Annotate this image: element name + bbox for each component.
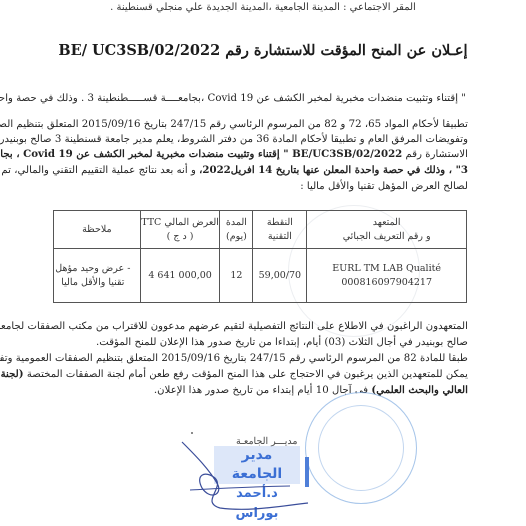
- para3-line-2: يمكن للمتعهدين الذين يرغبون في الاحتجاج …: [55, 368, 468, 381]
- intro-line-1: تطبيقا لأحكام المواد 65، 72 و 82 من المر…: [55, 118, 468, 131]
- cell-score: 59,00/70: [253, 249, 307, 303]
- para3-line-2-text: يمكن للمتعهدين الذين يرغبون في الاحتجاج …: [24, 369, 468, 380]
- cell-bidder: EURL TM LAB Qualité000816097904217: [307, 249, 467, 303]
- header-offer-line2: ( د ج ): [141, 230, 220, 244]
- document-title: إعـلان عن المنح المؤقت للاستشارة رقم 202…: [0, 44, 526, 57]
- document-page: المقر الاجتماعي : المدينة الجامعية ،المد…: [0, 0, 526, 526]
- subject-line: " إقتناء وتثبيت منضدات مخبرية لمخبر الكش…: [0, 92, 466, 105]
- para3-line-3-text: في آجال 10 أيام إبتداء من تاريخ صدور هذا…: [154, 385, 372, 396]
- award-table: ملاحظة العرض المالي TTC( د ج ) المدة(يوم…: [53, 210, 467, 303]
- note-line1: - عرض وحيد مؤهل: [54, 262, 132, 276]
- official-round-seal: [305, 392, 417, 504]
- handwritten-signature-icon: [180, 440, 310, 510]
- intro-line-4: 3" ، وذلك في حصة واحدة المعلن عنها بتاري…: [55, 164, 468, 177]
- header-bidder-line2: و رقم التعريف الجبائي: [307, 230, 466, 244]
- header-score: النقطةالتقنية: [253, 211, 307, 249]
- mark-dot: [191, 432, 193, 434]
- cell-offer: 4 641 000,00: [140, 249, 220, 303]
- header-score-line1: النقطة: [253, 216, 306, 230]
- intro-line-3: الاستشارة رقم 2022/BE/UC3SB/02 " إقتناء …: [55, 148, 468, 161]
- table-header-row: ملاحظة العرض المالي TTC( د ج ) المدة(يوم…: [54, 211, 467, 249]
- header-duration-line1: المدة: [220, 216, 252, 230]
- header-address: المقر الاجتماعي : المدينة الجامعية ،المد…: [0, 1, 526, 14]
- header-duration-line2: (يوم): [220, 230, 252, 244]
- intro-line-3-text: الاستشارة رقم: [402, 149, 468, 160]
- intro-line-2: وتفويضات المرفق العام و تطبيقا لأحكام ال…: [55, 133, 468, 146]
- consultation-reference: 2022/BE/UC3SB/02 " إقتناء وتثبيت منضدات …: [0, 148, 402, 160]
- para2-line-1: المتعهدون الراغبون في الاطلاع على النتائ…: [55, 320, 468, 333]
- header-bidder: المتعهدو رقم التعريف الجبائي: [307, 211, 467, 249]
- header-bidder-line1: المتعهد: [307, 216, 466, 230]
- para3-line-1: طبقا للمادة 82 من المرسوم الرئاسي رقم 24…: [55, 352, 468, 365]
- intro-line-5: لصالح العرض المؤهل تقنيا والأقل ماليا :: [55, 180, 468, 193]
- header-duration: المدة(يوم): [220, 211, 253, 249]
- table-row: - عرض وحيد مؤهلتقنيا والأقل ماليا 4 641 …: [54, 249, 467, 303]
- para2-line-2: صالح بوبنيدر في أجال الثلاث (03) أيام، إ…: [55, 336, 468, 349]
- appeal-committee: (لجنة الطعون، وزارة التعليم: [0, 368, 24, 380]
- bidder-tax-id: 000816097904217: [307, 276, 466, 290]
- header-offer-line1: العرض المالي TTC: [141, 216, 220, 230]
- bidder-name: EURL TM LAB Qualité: [307, 262, 466, 276]
- cell-duration: 12: [220, 249, 253, 303]
- para3-line-3: العالي والبحث العلمي) في آجال 10 أيام إب…: [55, 384, 468, 397]
- intro-line-4-text: و أنه بعد نتائج عملية التقييم التقني وال…: [0, 165, 199, 176]
- header-score-line2: التقنية: [253, 230, 306, 244]
- ministry-name: العالي والبحث العلمي): [371, 384, 468, 396]
- header-note: ملاحظة: [54, 211, 141, 249]
- header-offer: العرض المالي TTC( د ج ): [140, 211, 220, 249]
- cell-note: - عرض وحيد مؤهلتقنيا والأقل ماليا: [54, 249, 141, 303]
- note-line2: تقنيا والأقل ماليا: [54, 276, 132, 290]
- announcement-date: 3" ، وذلك في حصة واحدة المعلن عنها بتاري…: [199, 164, 468, 176]
